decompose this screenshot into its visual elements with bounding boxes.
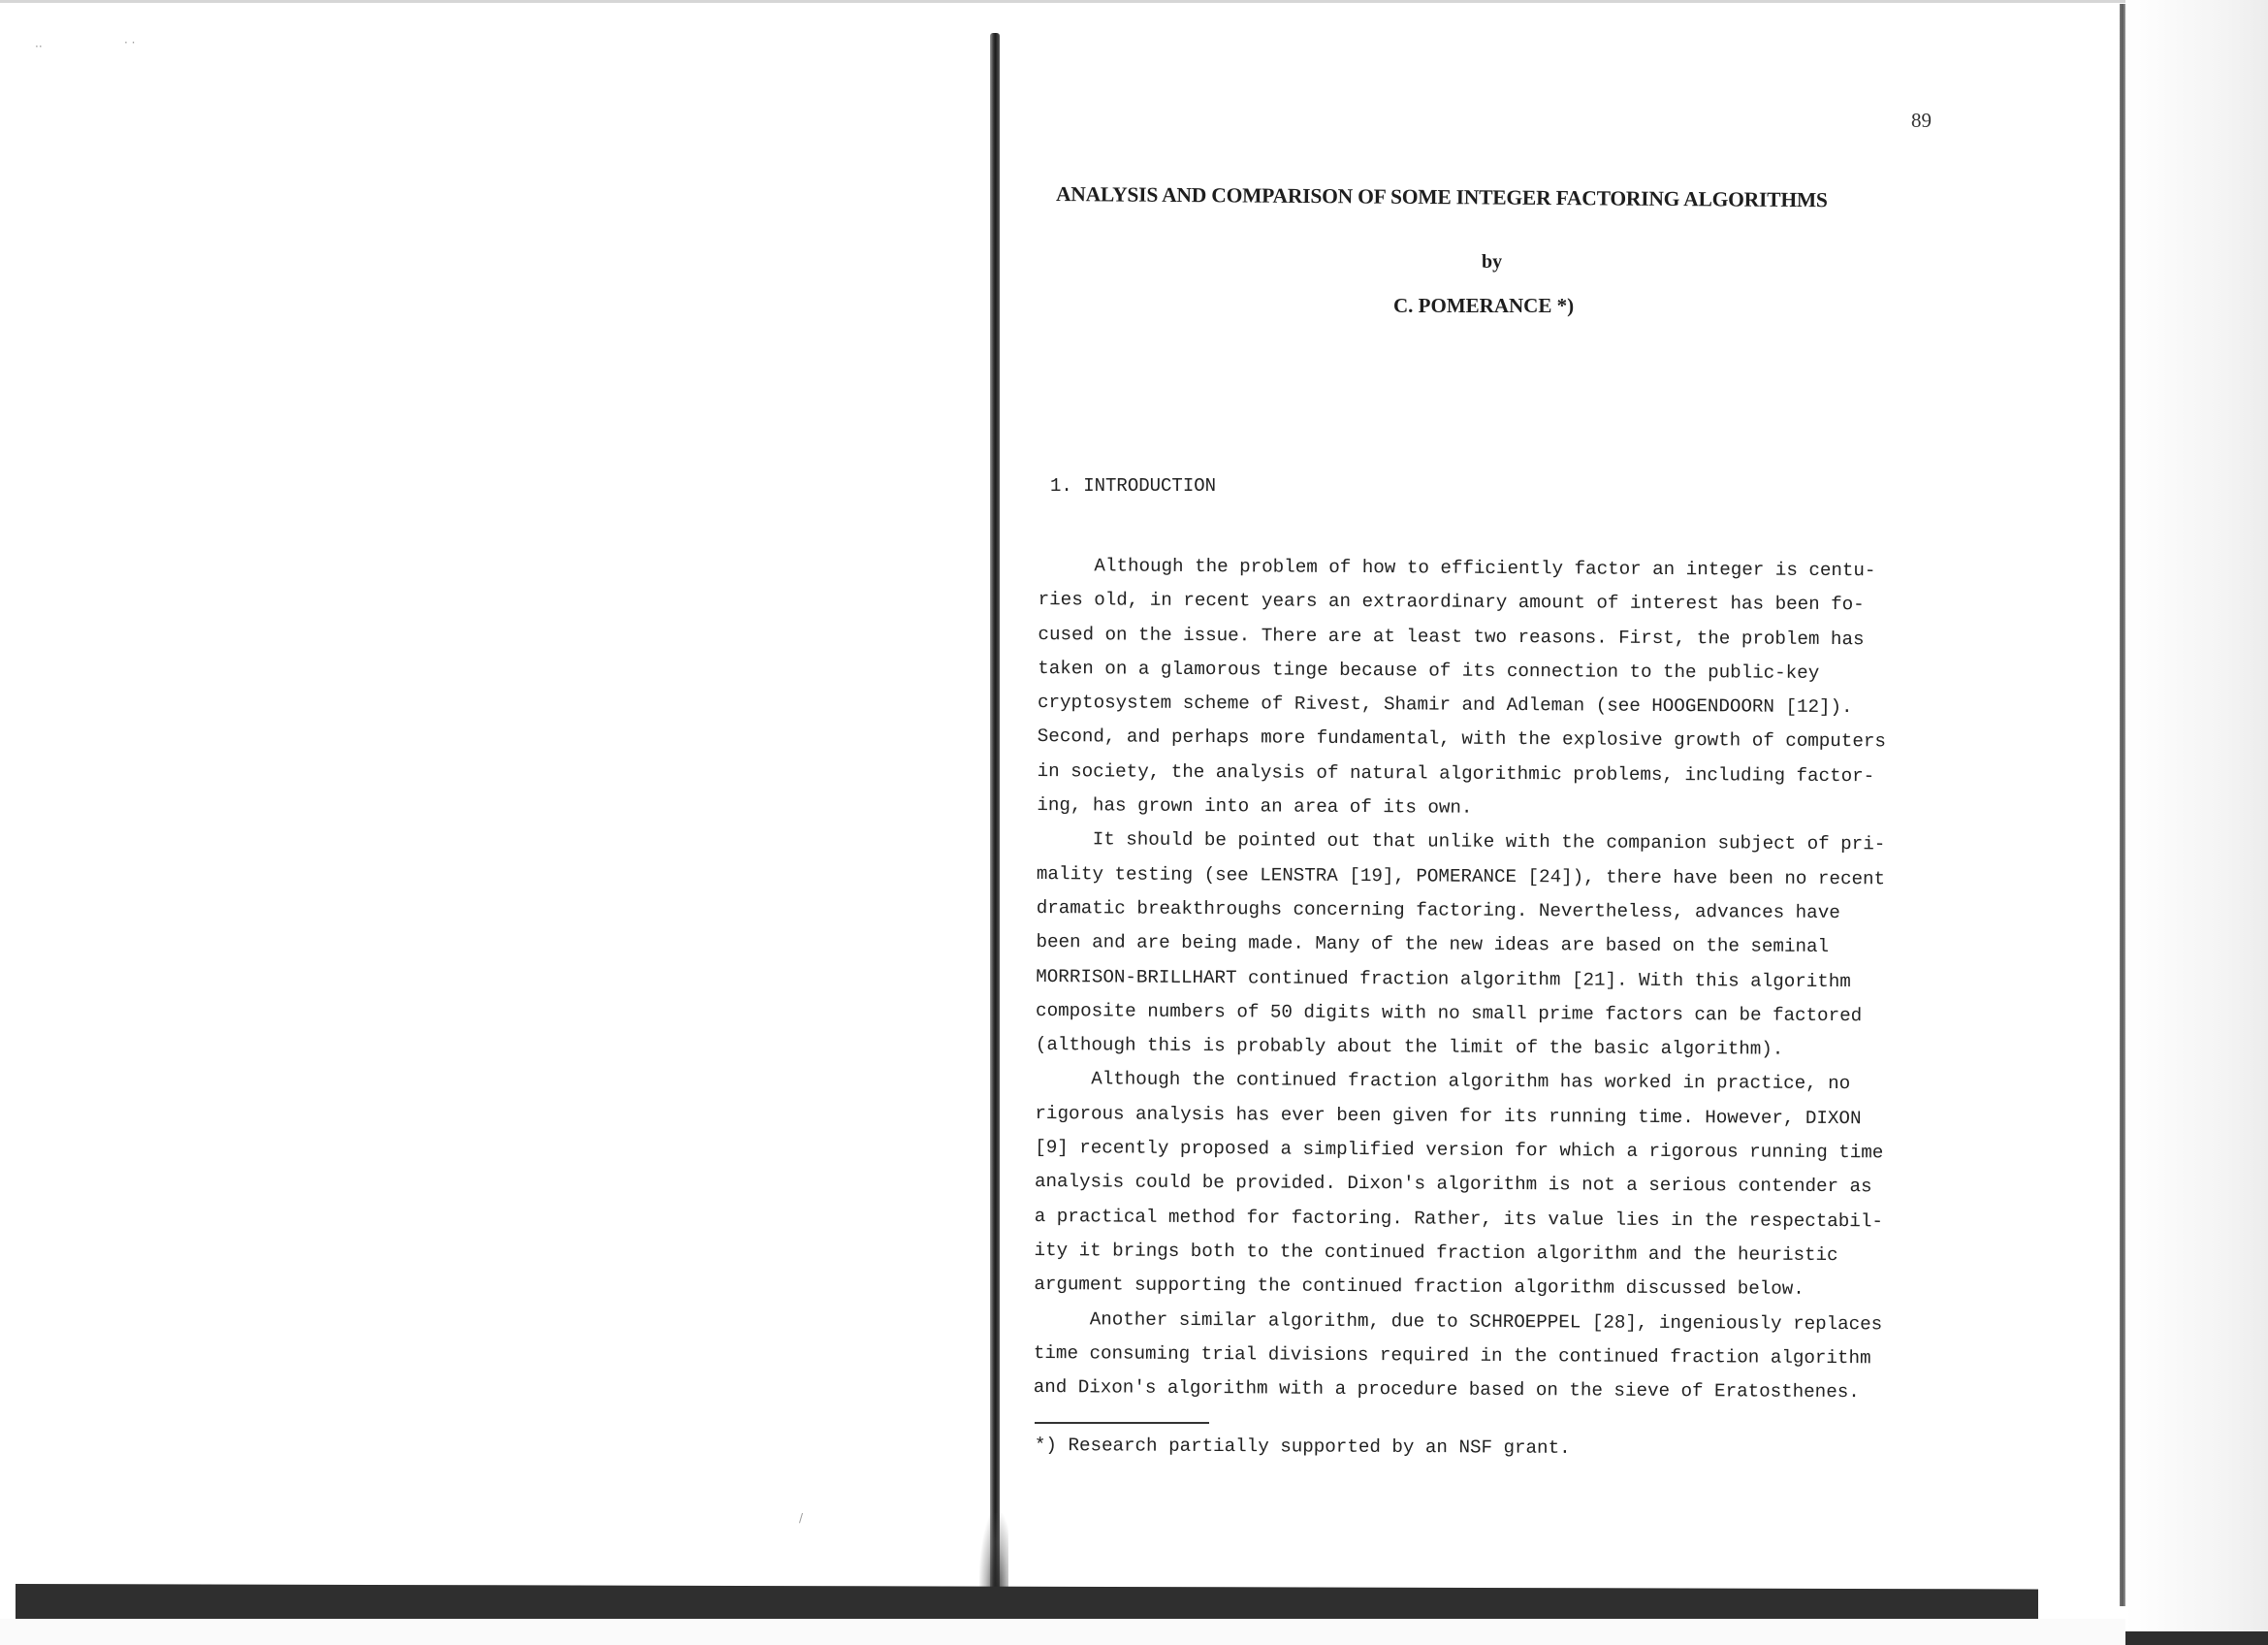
body-line: cused on the issue. There are at least t… (1038, 618, 1959, 658)
scan-speck: · · (124, 36, 135, 49)
body-line: time consuming trial divisions required … (1034, 1337, 1955, 1376)
body-line: dramatic breakthroughs concerning factor… (1037, 891, 1958, 931)
body-line: argument supporting the continued fracti… (1034, 1268, 1955, 1307)
footnote: *) Research partially supported by an NS… (1035, 1435, 1571, 1459)
left-blank-page: ·· · · / (0, 3, 994, 1584)
byline: by (1482, 251, 1502, 274)
body-text: Although the problem of how to efficient… (1034, 549, 1960, 1410)
body-line: rigorous analysis has ever been given fo… (1035, 1097, 1956, 1137)
body-line: in society, the analysis of natural algo… (1037, 755, 1958, 794)
page-number: 89 (1911, 109, 1932, 133)
footnote-divider (1035, 1422, 1209, 1424)
scanner-background (2125, 0, 2268, 1645)
body-line: Although the continued fraction algorith… (1036, 1062, 1957, 1102)
scanner-dark-corner (2125, 1631, 2268, 1645)
body-line: cryptosystem scheme of Rivest, Shamir an… (1038, 686, 1959, 726)
scan-speck: ·· (35, 40, 43, 53)
body-line: ing, has grown into an area of its own. (1037, 789, 1958, 828)
body-line: a practical method for factoring. Rather… (1035, 1200, 1956, 1240)
body-line: taken on a glamorous tinge because of it… (1038, 652, 1959, 692)
body-line: mality testing (see LENSTRA [19], POMERA… (1037, 857, 1958, 897)
body-line: Although the problem of how to efficient… (1038, 549, 1960, 589)
body-line: MORRISON-BRILLHART continued fraction al… (1036, 960, 1957, 1000)
body-line: analysis could be provided. Dixon's algo… (1035, 1165, 1956, 1205)
scan-speck: / (799, 1511, 803, 1525)
body-line: It should be pointed out that unlike wit… (1037, 822, 1958, 862)
book-spine-shadow (990, 33, 1000, 1597)
body-line: Second, and perhaps more fundamental, wi… (1038, 720, 1959, 759)
body-line: Another similar algorithm, due to SCHROE… (1034, 1303, 1955, 1342)
body-line: and Dixon's algorithm with a procedure b… (1034, 1371, 1955, 1410)
body-line: ries old, in recent years an extraordina… (1038, 583, 1960, 623)
book-spine-flare (979, 1513, 1008, 1591)
body-line: been and are being made. Many of the new… (1036, 925, 1957, 965)
body-line: (although this is probably about the lim… (1036, 1028, 1957, 1068)
section-heading: 1. INTRODUCTION (1050, 475, 1216, 497)
body-line: ity it brings both to the continued frac… (1034, 1234, 1955, 1274)
scanner-bed-bottom (0, 1619, 2125, 1645)
body-line: composite numbers of 50 digits with no s… (1036, 994, 1957, 1034)
author-name: C. POMERANCE *) (1393, 294, 1574, 318)
body-line: [9] recently proposed a simplified versi… (1035, 1131, 1956, 1171)
